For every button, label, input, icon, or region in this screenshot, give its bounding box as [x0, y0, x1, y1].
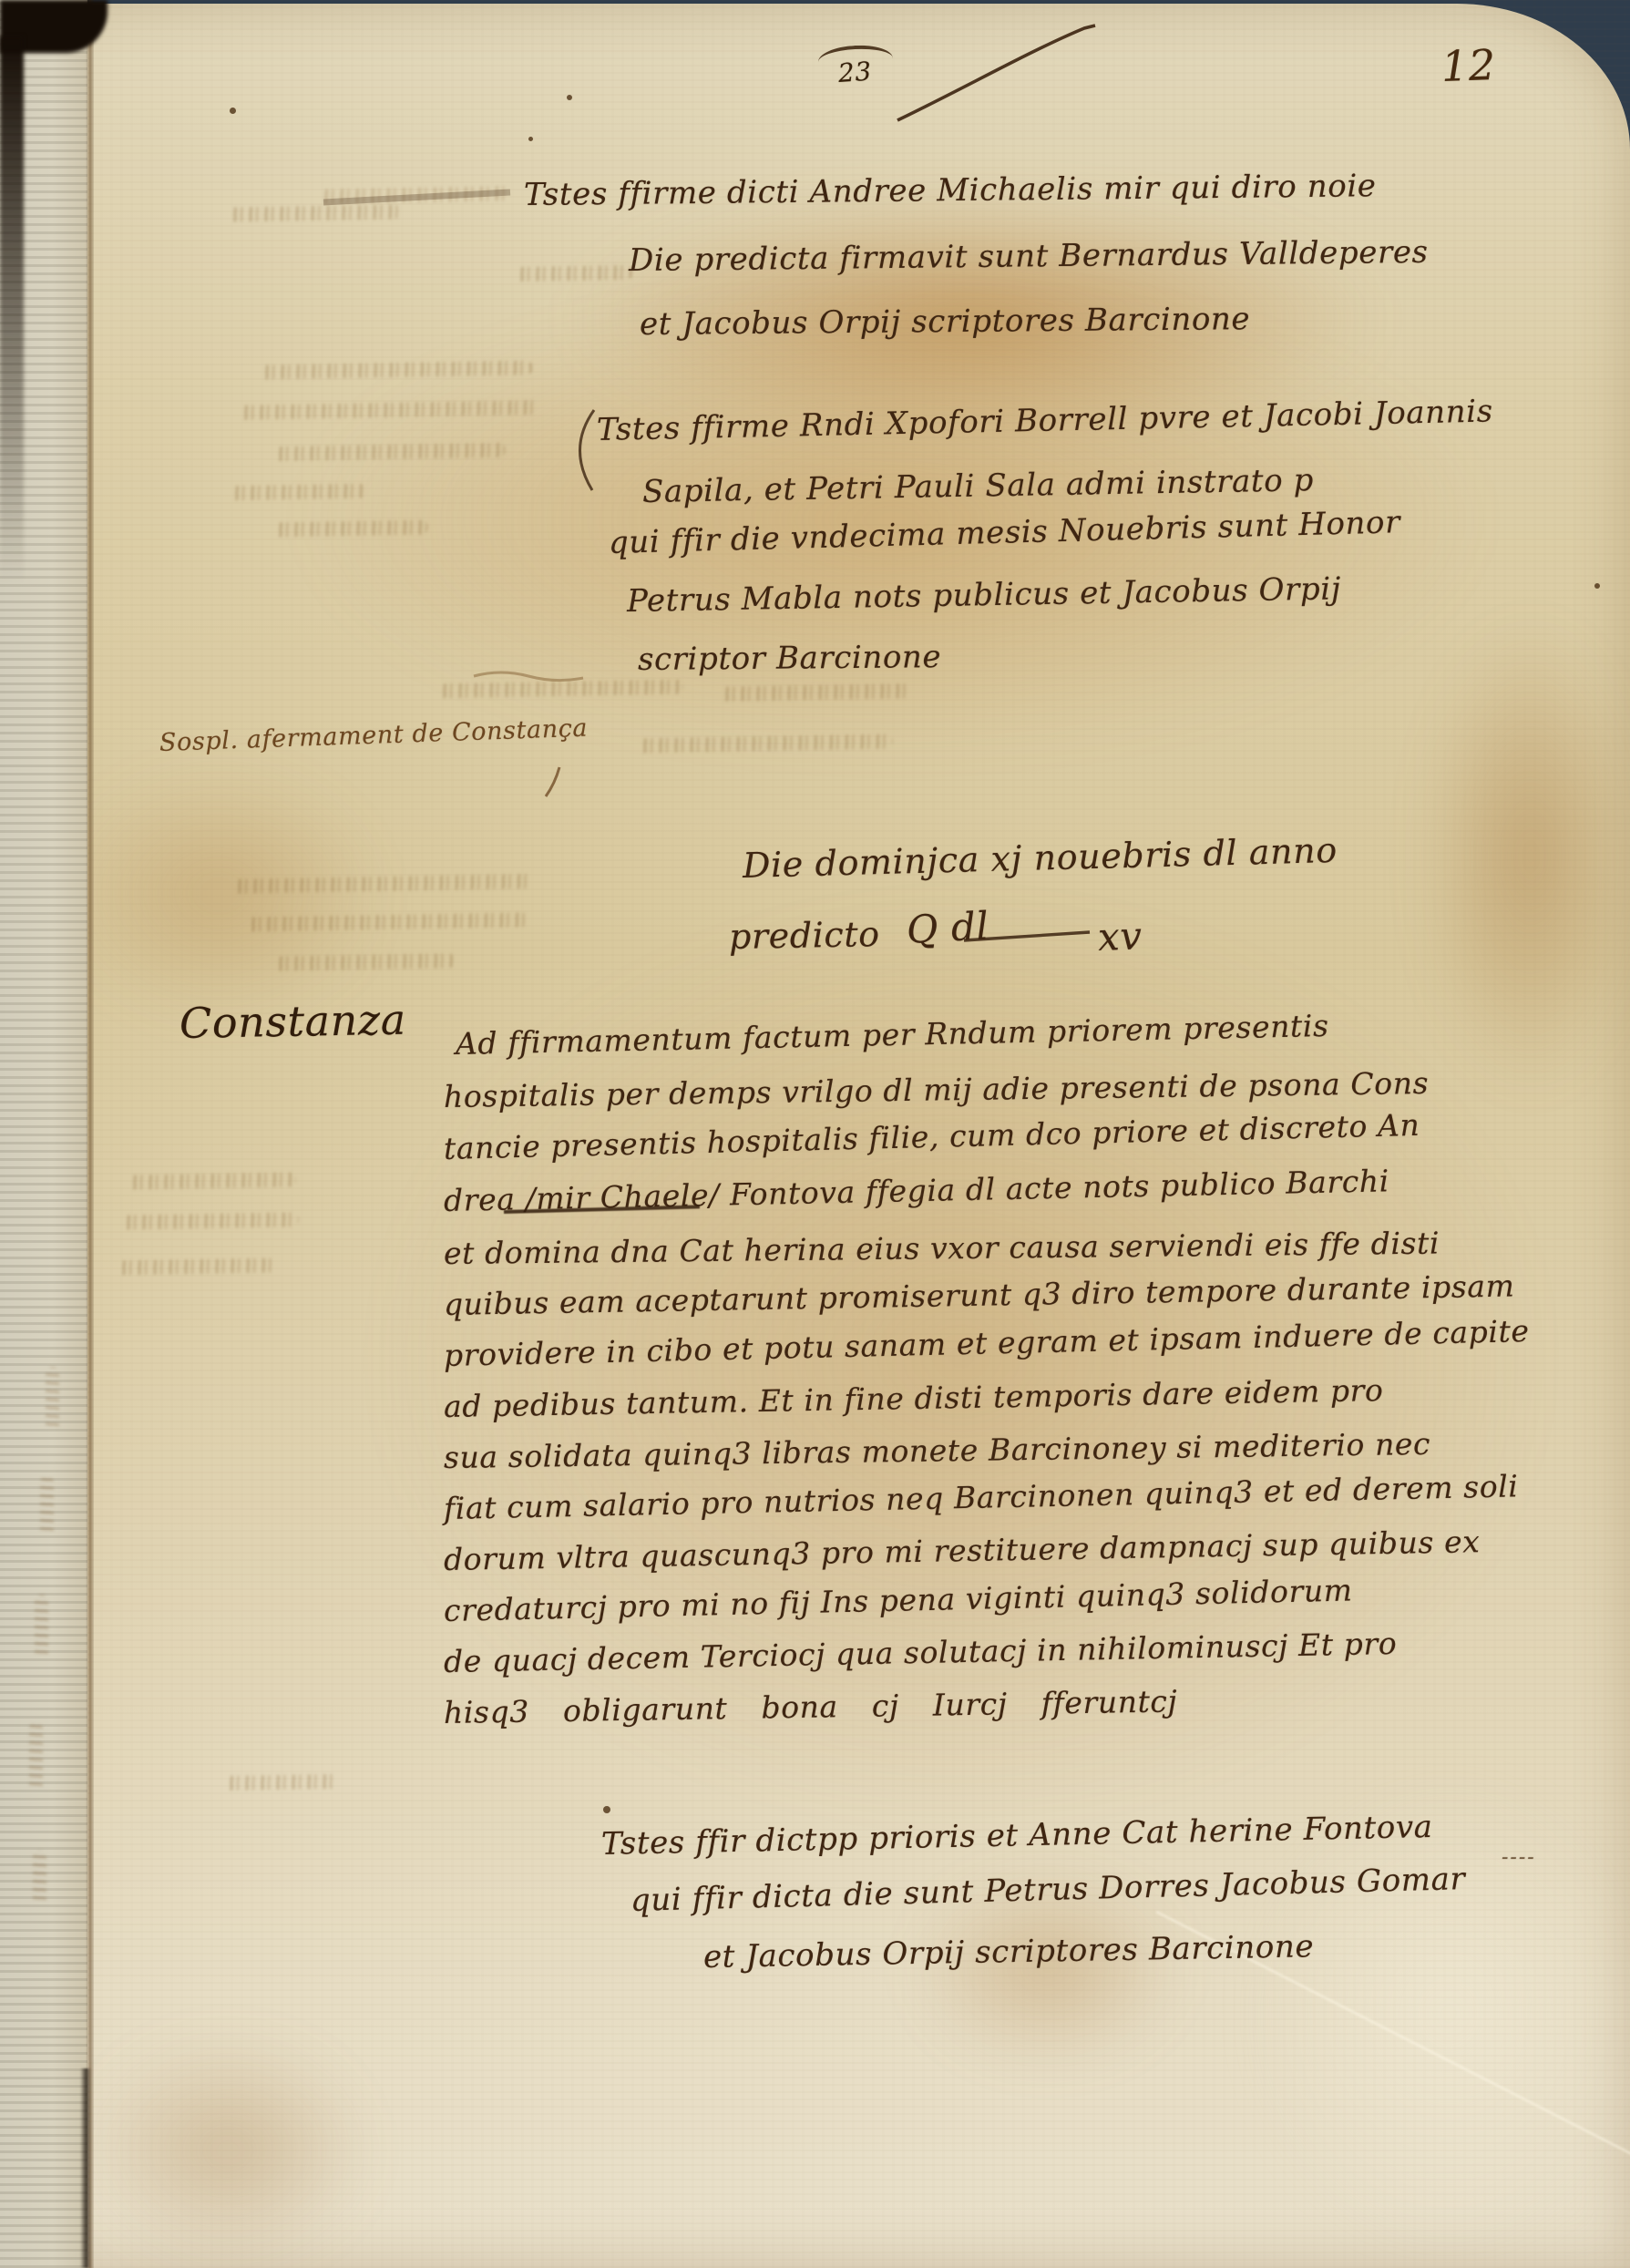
entry-date-heading: predicto	[729, 914, 880, 957]
margin-name-label: Constanza	[179, 995, 407, 1048]
ink-speck	[567, 95, 572, 100]
witness-clause-2-line: scriptor Barcinone	[638, 639, 942, 678]
quire-mark: 23	[837, 56, 873, 87]
heading-flourish: xv	[1097, 913, 1143, 960]
heading-flourish: Q dl	[906, 903, 990, 952]
binding-shadow-left	[0, 36, 24, 583]
witness-clause-1-line: et Jacobus Orpij scriptores Barcinone	[640, 301, 1251, 343]
gutter-fold	[86, 0, 94, 2268]
gutter-fold-shadow	[80, 2068, 91, 2268]
margin-dashes: ----	[1502, 1846, 1536, 1869]
ink-speck	[528, 137, 533, 141]
ink-speck	[603, 1806, 610, 1813]
folio-number: 12	[1440, 40, 1497, 91]
ink-speck	[1594, 583, 1600, 589]
ink-speck	[230, 108, 236, 114]
manuscript-scan: { "document": { "folio_number": "12", "q…	[0, 0, 1630, 2268]
